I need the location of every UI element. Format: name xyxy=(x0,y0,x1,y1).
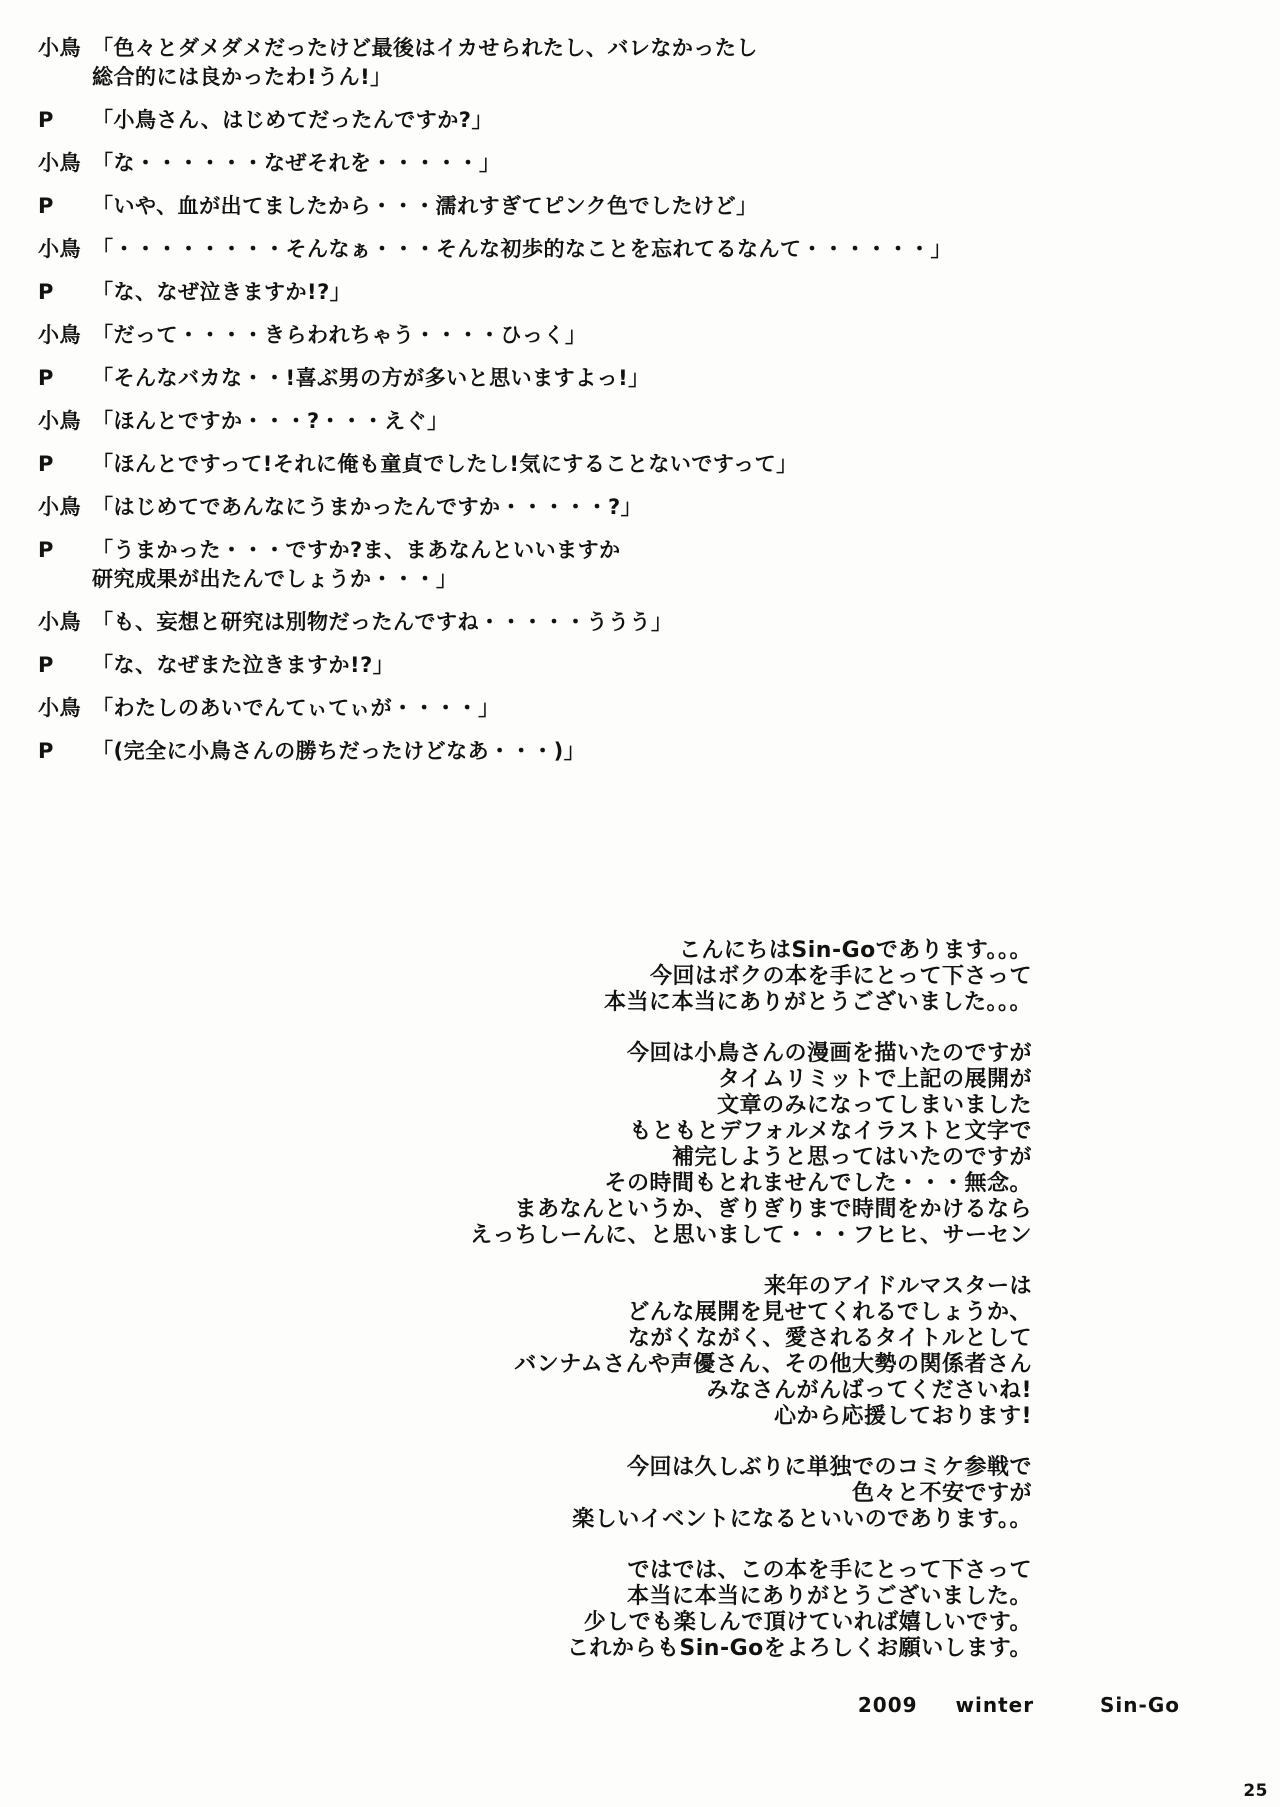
dialogue-text: 「うまかった・・・ですか?ま、まあなんといいますか 研究成果が出たんでしょうか・… xyxy=(92,536,621,594)
afterword-line: えっちしーんに、と思いまして・・・フヒヒ、サーセン xyxy=(332,1223,1032,1249)
afterword-line: タイムリミットで上記の展開が xyxy=(332,1067,1032,1093)
dialogue-text: 「な・・・・・・なぜそれを・・・・・」 xyxy=(92,149,501,178)
afterword-line: 楽しいイベントになるといいのであります。。 xyxy=(332,1507,1032,1533)
dialogue-line: 小鳥「はじめてであんなにうまかったんですか・・・・・?」 xyxy=(38,493,1048,522)
speaker-label: P xyxy=(38,450,92,479)
dialogue-line: P「いや、血が出てましたから・・・濡れすぎてピンク色でしたけど」 xyxy=(38,192,1048,221)
afterword-paragraph: 今回は小鳥さんの漫画を描いたのですがタイムリミットで上記の展開が文章のみになって… xyxy=(332,1041,1032,1249)
dialogue-line: 小鳥「・・・・・・・・そんなぁ・・・そんな初歩的なことを忘れてるなんて・・・・・… xyxy=(38,235,1048,264)
afterword-line: バンナムさんや声優さん、その他大勢の関係者さん xyxy=(332,1352,1032,1378)
dialogue-line: 小鳥「な・・・・・・なぜそれを・・・・・」 xyxy=(38,149,1048,178)
speaker-label: P xyxy=(38,278,92,307)
afterword-line: ではでは、この本を手にとって下さって xyxy=(332,1558,1032,1584)
speaker-label: 小鳥 xyxy=(38,407,92,436)
dialogue-text: 「・・・・・・・・そんなぁ・・・そんな初歩的なことを忘れてるなんて・・・・・・」 xyxy=(92,235,952,264)
dialogue-line: P「な、なぜ泣きますか!?」 xyxy=(38,278,1048,307)
afterword-line: まあなんというか、ぎりぎりまで時間をかけるなら xyxy=(332,1197,1032,1223)
afterword-line: 補完しようと思ってはいたのですが xyxy=(332,1145,1032,1171)
afterword-line: もともとデフォルメなイラストと文字で xyxy=(332,1119,1032,1145)
dialogue-text: 「そんなバカな・・!喜ぶ男の方が多いと思いますよっ!」 xyxy=(92,364,650,393)
dialogue-line: P「そんなバカな・・!喜ぶ男の方が多いと思いますよっ!」 xyxy=(38,364,1048,393)
afterword-line: これからもSin-Goをよろしくお願いします。 xyxy=(332,1636,1032,1662)
speaker-label: P xyxy=(38,364,92,393)
afterword-line: こんにちはSin-Goであります。。。 xyxy=(332,938,1032,964)
dialogue-text: 「な、なぜ泣きますか!?」 xyxy=(92,278,351,307)
dialogue-line: P「(完全に小鳥さんの勝ちだったけどなあ・・・)」 xyxy=(38,737,1048,766)
afterword-line: 少しでも楽しんで頂けていれば嬉しいです。 xyxy=(332,1610,1032,1636)
doujinshi-afterword-page: 小鳥「色々とダメダメだったけど最後はイカせられたし、バレなかったし 総合的には良… xyxy=(0,0,1280,1807)
afterword-line: 本当に本当にありがとうございました。 xyxy=(332,1584,1032,1610)
afterword-line: どんな展開を見せてくれるでしょうか、 xyxy=(332,1300,1032,1326)
speaker-label: 小鳥 xyxy=(38,149,92,178)
dialogue-text: 「ほんとですか・・・?・・・えぐ」 xyxy=(92,407,449,436)
dialogue-line: P「うまかった・・・ですか?ま、まあなんといいますか 研究成果が出たんでしょうか… xyxy=(38,536,1048,594)
dialogue-text: 「ほんとですって!それに俺も童貞でしたし!気にすることないですって」 xyxy=(92,450,798,479)
speaker-label: 小鳥 xyxy=(38,235,92,264)
afterword-line: 本当に本当にありがとうございました。。。 xyxy=(332,990,1032,1016)
dialogue-line: 小鳥「も、妄想と研究は別物だったんですね・・・・・ううう」 xyxy=(38,608,1048,637)
dialogue-text: 「いや、血が出てましたから・・・濡れすぎてピンク色でしたけど」 xyxy=(92,192,758,221)
speaker-label: P xyxy=(38,651,92,680)
colophon-year: 2009 xyxy=(858,1693,918,1717)
speaker-label: 小鳥 xyxy=(38,694,92,723)
afterword-line: ながくながく、愛されるタイトルとして xyxy=(332,1326,1032,1352)
dialogue-text: 「だって・・・・きらわれちゃう・・・・ひっく」 xyxy=(92,321,587,350)
dialogue-text: 「も、妄想と研究は別物だったんですね・・・・・ううう」 xyxy=(92,608,673,637)
dialogue-text: 「色々とダメダメだったけど最後はイカせられたし、バレなかったし 総合的には良かっ… xyxy=(92,34,758,92)
afterword-line: 来年のアイドルマスターは xyxy=(332,1274,1032,1300)
speaker-label: 小鳥 xyxy=(38,493,92,522)
dialogue-line: 小鳥「わたしのあいでんてぃてぃが・・・・」 xyxy=(38,694,1048,723)
afterword-paragraph: こんにちはSin-Goであります。。。今回はボクの本を手にとって下さって本当に本… xyxy=(332,938,1032,1016)
colophon-season: winter xyxy=(956,1693,1035,1717)
afterword-line: 色々と不安ですが xyxy=(332,1481,1032,1507)
afterword-paragraph: 今回は久しぶりに単独でのコミケ参戦で色々と不安ですが楽しいイベントになるといいの… xyxy=(332,1455,1032,1533)
dialogue-text: 「(完全に小鳥さんの勝ちだったけどなあ・・・)」 xyxy=(92,737,585,766)
speaker-label: P xyxy=(38,737,92,766)
afterword-line: 文章のみになってしまいました xyxy=(332,1093,1032,1119)
speaker-label: 小鳥 xyxy=(38,321,92,350)
speaker-label: 小鳥 xyxy=(38,608,92,637)
afterword-line: みなさんがんばってくださいね! xyxy=(332,1378,1032,1404)
colophon-author: Sin-Go xyxy=(1100,1693,1180,1717)
afterword-line: 今回はボクの本を手にとって下さって xyxy=(332,964,1032,990)
afterword-line: その時間もとれませんでした・・・無念。 xyxy=(332,1171,1032,1197)
dialogue-line: P「ほんとですって!それに俺も童貞でしたし!気にすることないですって」 xyxy=(38,450,1048,479)
afterword-paragraph: 来年のアイドルマスターはどんな展開を見せてくれるでしょうか、ながくながく、愛され… xyxy=(332,1274,1032,1430)
afterword-line: 今回は小鳥さんの漫画を描いたのですが xyxy=(332,1041,1032,1067)
dialogue-line: 小鳥「色々とダメダメだったけど最後はイカせられたし、バレなかったし 総合的には良… xyxy=(38,34,1048,92)
colophon: 2009 winter Sin-Go xyxy=(858,1693,1180,1717)
dialogue-line: P「な、なぜまた泣きますか!?」 xyxy=(38,651,1048,680)
page-number: 25 xyxy=(1243,1781,1268,1801)
dialogue-text: 「な、なぜまた泣きますか!?」 xyxy=(92,651,394,680)
afterword-text: こんにちはSin-Goであります。。。今回はボクの本を手にとって下さって本当に本… xyxy=(332,938,1032,1687)
dialogue-line: P「小鳥さん、はじめてだったんですか?」 xyxy=(38,106,1048,135)
afterword-paragraph: ではでは、この本を手にとって下さって本当に本当にありがとうございました。少しでも… xyxy=(332,1558,1032,1662)
speaker-label: 小鳥 xyxy=(38,34,92,63)
afterword-line: 心から応援しております! xyxy=(332,1404,1032,1430)
speaker-label: P xyxy=(38,106,92,135)
dialogue-script: 小鳥「色々とダメダメだったけど最後はイカせられたし、バレなかったし 総合的には良… xyxy=(38,34,1048,780)
dialogue-text: 「小鳥さん、はじめてだったんですか?」 xyxy=(92,106,493,135)
dialogue-text: 「はじめてであんなにうまかったんですか・・・・・?」 xyxy=(92,493,642,522)
dialogue-line: 小鳥「ほんとですか・・・?・・・えぐ」 xyxy=(38,407,1048,436)
afterword-line: 今回は久しぶりに単独でのコミケ参戦で xyxy=(332,1455,1032,1481)
speaker-label: P xyxy=(38,192,92,221)
dialogue-text: 「わたしのあいでんてぃてぃが・・・・」 xyxy=(92,694,500,723)
dialogue-line: 小鳥「だって・・・・きらわれちゃう・・・・ひっく」 xyxy=(38,321,1048,350)
speaker-label: P xyxy=(38,536,92,565)
